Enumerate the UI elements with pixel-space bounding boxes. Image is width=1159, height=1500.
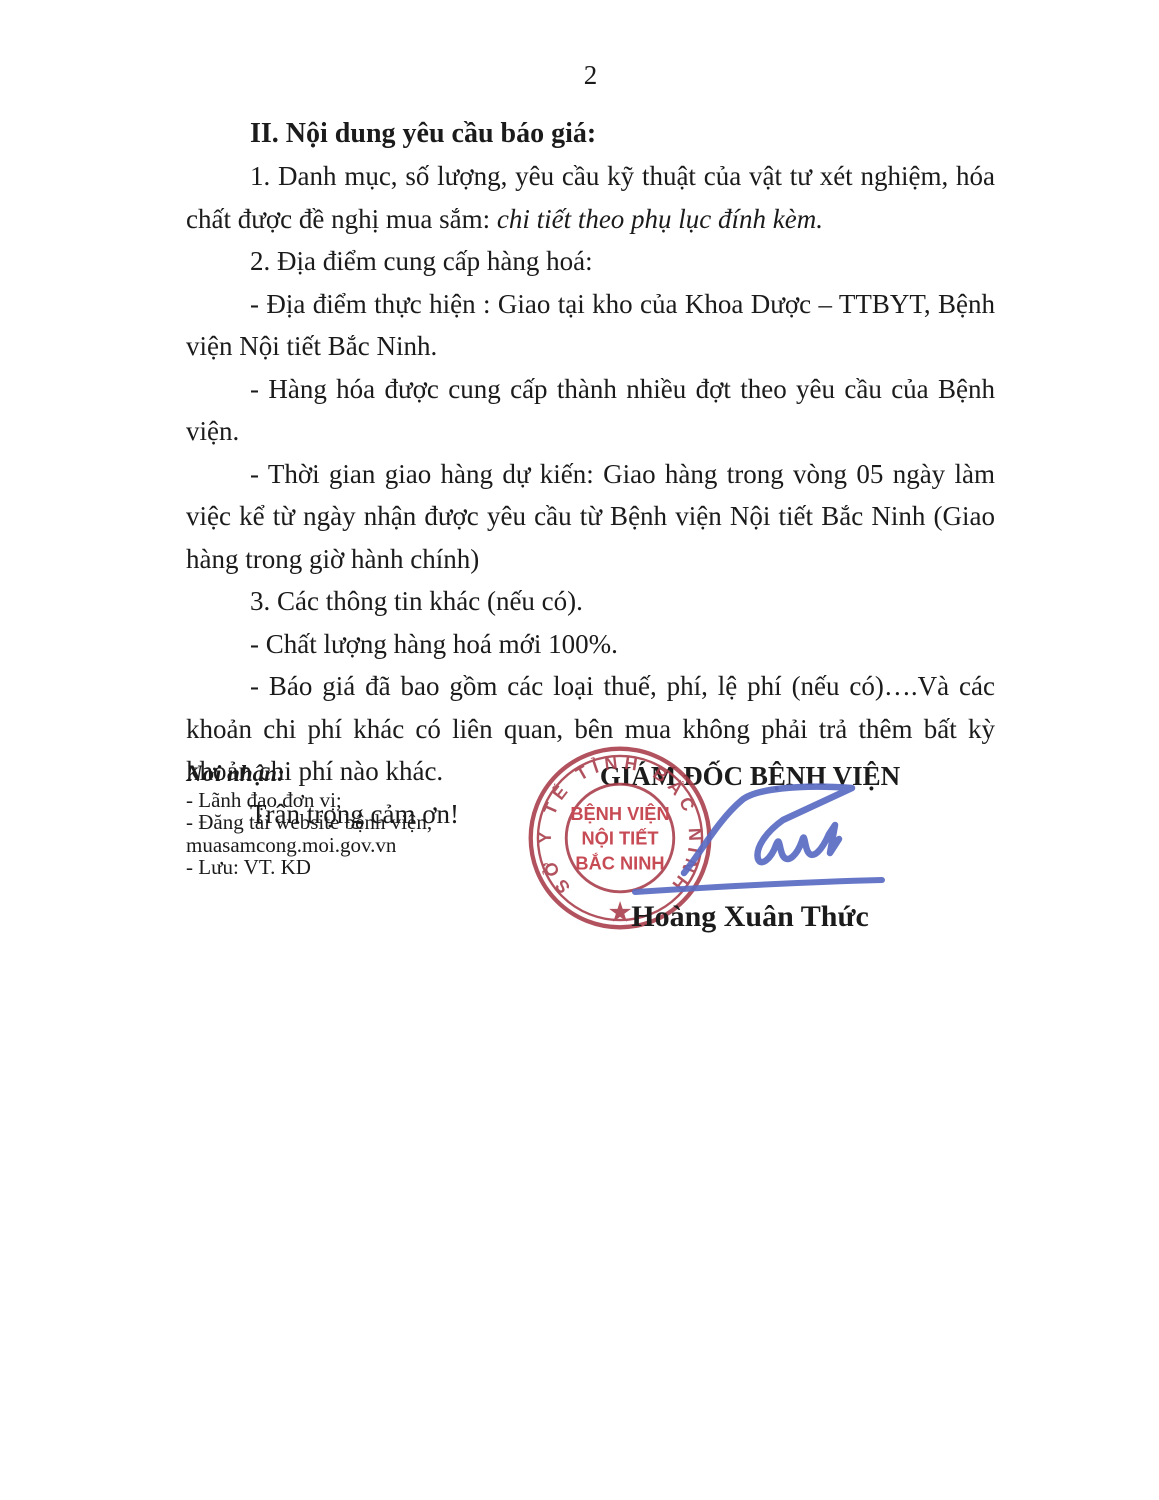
signer-name: Hoàng Xuân Thức [565, 900, 935, 934]
paragraph-location-heading: 2. Địa điểm cung cấp hàng hoá: [186, 240, 995, 283]
paragraph-delivery-batches: - Hàng hóa được cung cấp thành nhiều đợt… [186, 368, 995, 453]
paragraph-delivery-time: - Thời gian giao hàng dự kiến: Giao hàng… [186, 453, 995, 581]
recipient-line: - Lưu: VT. KD [186, 856, 516, 879]
recipient-line: muasamcong.moi.gov.vn [186, 834, 516, 857]
recipients-heading: Nơi nhận: [186, 763, 516, 786]
recipients-block: Nơi nhận: - Lãnh đạo đơn vị; - Đăng tải … [186, 763, 516, 879]
document-page: 2 II. Nội dung yêu cầu báo giá: 1. Danh … [0, 0, 1159, 1500]
document-content: 2 II. Nội dung yêu cầu báo giá: 1. Danh … [0, 0, 1159, 835]
paragraph-item-list: 1. Danh mục, số lượng, yêu cầu kỹ thuật … [186, 155, 995, 240]
paragraph-other-info: 3. Các thông tin khác (nếu có). [186, 580, 995, 623]
page-number: 2 [186, 58, 995, 92]
signature-stroke [684, 787, 852, 873]
paragraph-delivery-place: - Địa điểm thực hiện : Giao tại kho của … [186, 283, 995, 368]
recipient-line: - Lãnh đạo đơn vị; [186, 789, 516, 812]
paragraph-quality: - Chất lượng hàng hoá mới 100%. [186, 623, 995, 666]
signature-scribble [552, 768, 922, 908]
signature-underline-stroke [635, 880, 882, 892]
section-heading: II. Nội dung yêu cầu báo giá: [186, 113, 995, 155]
paragraph-italic-text: chi tiết theo phụ lục đính kèm. [497, 204, 823, 234]
recipient-line: - Đăng tải website bệnh viện, [186, 811, 516, 834]
